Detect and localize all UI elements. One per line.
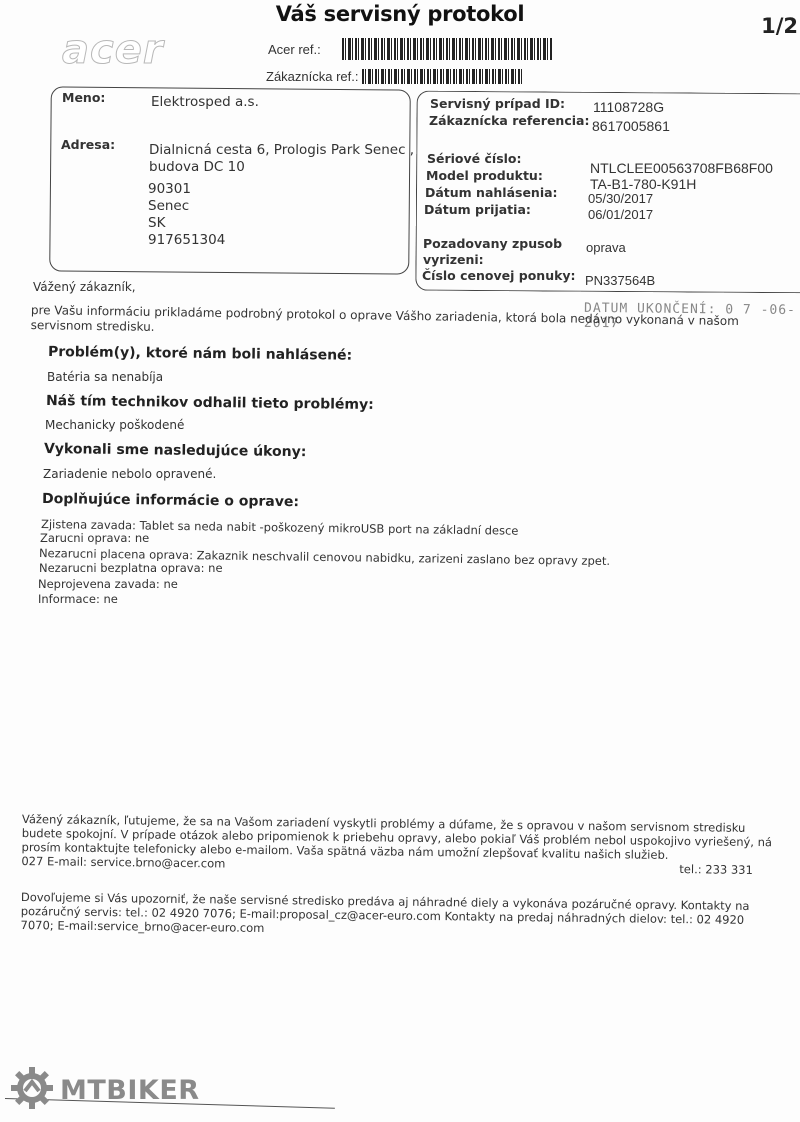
address-city: Senec	[148, 198, 189, 215]
reported-problems-heading: Problém(y), ktoré nám boli nahlásené:	[48, 344, 352, 364]
customer-ref-barcode	[362, 69, 522, 84]
address-line-1: Dialnicná cesta 6, Prologis Park Senec ,	[149, 142, 414, 159]
name-label: Meno:	[62, 90, 105, 105]
acer-logo: acer	[62, 30, 164, 70]
quote-number-label: Číslo cenovej ponuky:	[422, 268, 576, 283]
reported-problems-text: Batéria sa nenabíja	[47, 370, 163, 384]
customer-name: Elektrosped a.s.	[151, 94, 259, 111]
detail-free-repair: Nezarucni bezplatna oprava: ne	[39, 561, 223, 575]
model-label: Model produktu:	[426, 168, 543, 183]
address-postcode: 90301	[148, 181, 191, 198]
customer-reference-label: Zákaznícka referencia:	[429, 113, 589, 128]
resolution-method-value: oprava	[586, 240, 626, 255]
address-line-2: budova DC 10	[149, 159, 245, 176]
address-label: Adresa:	[61, 137, 115, 152]
receive-date-label: Dátum prijatia:	[424, 202, 531, 217]
serial-label: Sériové číslo:	[427, 151, 522, 166]
page-number: 1/2	[761, 14, 798, 38]
watermark: MTBIKER	[10, 1066, 200, 1114]
detail-warranty-repair: Zarucni oprava: ne	[40, 531, 149, 545]
found-problems-text: Mechanicky poškodené	[45, 418, 184, 432]
quote-number-value: PN337564B	[585, 273, 655, 288]
address-country: SK	[148, 215, 165, 232]
actions-heading: Vykonali sme nasledujúce úkony:	[44, 441, 307, 460]
customer-reference-value: 8617005861	[592, 118, 670, 134]
watermark-text: MTBIKER	[60, 1075, 200, 1106]
customer-box	[49, 86, 411, 274]
detail-unproven-fault: Neprojevena zavada: ne	[38, 577, 178, 591]
customer-ref-label: Zákaznícka ref.:	[266, 69, 358, 84]
case-id-label: Servisný prípad ID:	[430, 96, 565, 111]
greeting: Vážený zákazník,	[33, 280, 136, 294]
case-id-value: 11108728G	[593, 99, 664, 115]
report-date-label: Dátum nahlásenia:	[425, 185, 558, 200]
report-date-value: 05/30/2017	[588, 191, 653, 206]
found-problems-heading: Náš tím technikov odhalil tieto problémy…	[46, 393, 374, 413]
acer-ref-label: Acer ref.:	[268, 42, 321, 57]
actions-text: Zariadenie nebolo opravené.	[43, 467, 216, 481]
acer-ref-barcode	[342, 38, 552, 60]
receive-date-value: 06/01/2017	[588, 207, 653, 222]
detail-info: Informace: ne	[38, 592, 118, 606]
footer-tel: tel.: 233 331	[679, 862, 753, 877]
model-value: TA-B1-780-K91H	[590, 176, 696, 192]
footer-p1-line-4: 027 E-mail: service.brno@acer.com	[21, 854, 225, 870]
address-phone: 917651304	[148, 232, 225, 249]
footer-paragraph-2: Dovoľujeme si Vás upozorniť, že naše ser…	[20, 890, 800, 942]
footer-paragraph-1: Vážený zákazník, ľutujeme, že sa na Vašo…	[21, 812, 800, 878]
gear-icon	[10, 1066, 54, 1114]
serial-value: NTLCLEE00563708FB68F00	[590, 160, 773, 176]
page-title: Váš servisný protokol	[0, 2, 800, 26]
additional-info-heading: Doplňujúce informácie o oprave:	[42, 491, 299, 510]
resolution-method-label: Pozadovany zpusob vyrizeni:	[423, 236, 573, 268]
